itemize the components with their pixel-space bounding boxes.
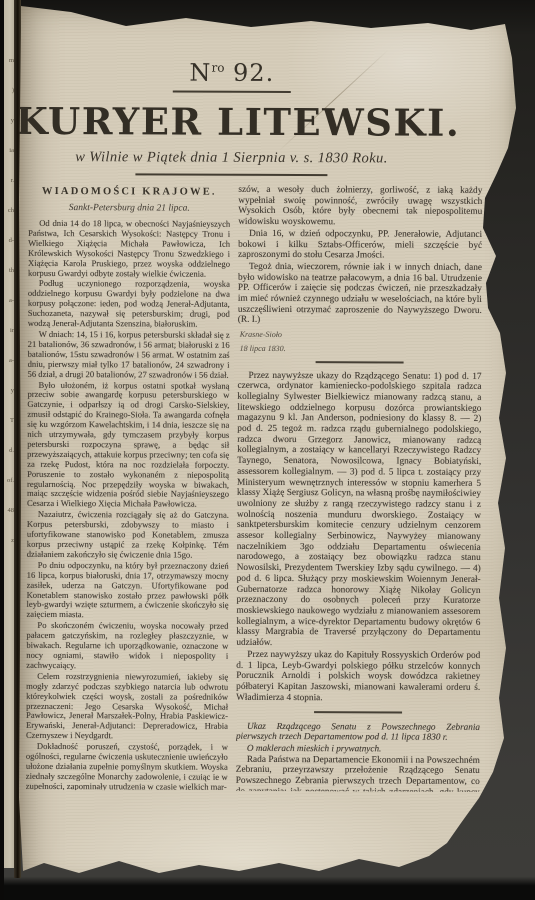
- issue-number: Nro 92.: [16, 58, 448, 88]
- section-divider-rule: [316, 361, 404, 363]
- paragraph: Celem rozstrzygnienia niewyrozumień, iak…: [26, 672, 228, 742]
- issue-prefix: N: [189, 59, 211, 87]
- decree-subheading: O maklerach mieskich i prywatnych.: [236, 743, 480, 755]
- newspaper-title: KURYER LITEWSKI.: [16, 99, 448, 145]
- page-content: Nro 92. KURYER LITEWSKI. w Wilnie w Piąt…: [12, 0, 518, 888]
- paragraph: Podług uczynionego rozporządzenia, woysk…: [28, 279, 230, 329]
- masthead-dateline: w Wilnie w Piątek dnia 1 Sierpnia v. s. …: [15, 149, 447, 168]
- section-divider-rule: [314, 711, 402, 713]
- paragraph: Po dniu odpoczynku, na który był przezna…: [26, 561, 228, 621]
- section-heading: WIADOMOŚCI KRAJOWE.: [28, 186, 230, 198]
- paragraph: Tegoż dnia, wieczorem, równie iak i w in…: [238, 262, 482, 327]
- paragraph: Przez naywyższy ukaz do Kapituły Rossyys…: [236, 650, 480, 705]
- masthead-rule-bottom: [135, 173, 327, 176]
- paragraph: Rada Państwa na Departamencie Ekonomii i…: [236, 754, 480, 792]
- report-dateline: Sankt-Petersburg dnia 21 lipca.: [28, 203, 230, 214]
- masthead-rule-top: [173, 91, 291, 94]
- right-column: szów, a wesoły duch żołnierzy, gorliwość…: [236, 185, 483, 792]
- paragraph: Dnia 16, w dzień odpoczynku, PP. Jenerał…: [238, 229, 482, 262]
- paragraph: Przez naywyższe ukazy do Rządzącego Sena…: [236, 370, 481, 649]
- place-date: 18 lipca 1830.: [240, 343, 482, 354]
- decree-heading: Ukaz Rządzącego Senatu z Powszechnego Ze…: [236, 721, 480, 743]
- paragraph: Było ułożoném, iż korpus ostatni spotkał…: [27, 380, 230, 510]
- newspaper-page: Nro 92. KURYER LITEWSKI. w Wilnie w Piąt…: [16, 0, 518, 886]
- paragraph: W dniach: 14, 15 i 16, korpus petersburs…: [28, 330, 230, 380]
- paragraph: Po skończoném ćwiczeniu, woyska nocowały…: [26, 621, 228, 671]
- place-name: Krasne-Sioło: [240, 330, 482, 341]
- issue-digits: 92.: [233, 59, 274, 87]
- paragraph: szów, a wesoły duch żołnierzy, gorliwość…: [238, 185, 482, 229]
- paragraph: Od dnia 14 do 18 lipca, w obecności Nayj…: [28, 219, 230, 279]
- paragraph: Nazaiutrz, ćwiczenia rozciągały się aż d…: [27, 510, 229, 560]
- left-column: WIADOMOŚCI KRAJOWE. Sankt-Petersburg dni…: [26, 184, 231, 791]
- paragraph: Dokładność poruszeń, czystość, porządek,…: [26, 742, 228, 791]
- masthead: Nro 92. KURYER LITEWSKI. w Wilnie w Piąt…: [15, 58, 448, 177]
- issue-superscript: ro: [211, 61, 224, 75]
